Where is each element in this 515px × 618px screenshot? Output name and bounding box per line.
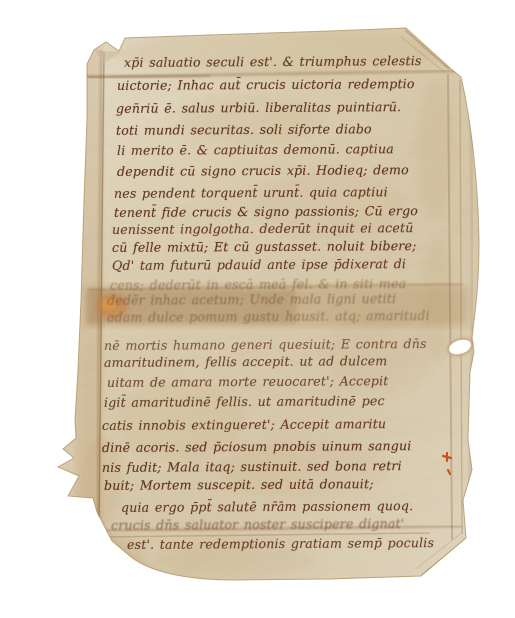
manuscript-line: cū felle mixtū; Et cū gustasset. noluit … [112, 240, 417, 254]
manuscript-line: uictorie; Inhac aut̄ crucis uictoria red… [117, 78, 415, 92]
manuscript-line: xp̄i saluatio seculi est'. & triumphus c… [124, 55, 422, 69]
manuscript-line: gen̄riū ē. salus urbiū. liberalitas puin… [116, 101, 401, 115]
manuscript-photo: xp̄i saluatio seculi est'. & triumphus c… [0, 0, 515, 618]
manuscript-line: adam dulce pomum gustu hausit. atq; amar… [107, 310, 430, 325]
manuscript-text: xp̄i saluatio seculi est'. & triumphus c… [0, 0, 515, 618]
manuscript-line: tenent̄ fide crucis & signo passionis; C… [114, 205, 418, 219]
manuscript-line: uenissent ingolgotha. dederūt inquit ei … [112, 222, 414, 236]
manuscript-line: uitam de amara morte reuocaret'; Accepit [107, 375, 389, 389]
manuscript-line: crucis dn̄s saluator noster suscipere di… [111, 518, 404, 532]
manuscript-line: quia ergo p̄pt̄ salutē nr̄ām passionem q… [121, 500, 413, 514]
manuscript-line: amaritudinem, fellis accepit. ut ad dulc… [104, 355, 387, 369]
manuscript-line: dinē acoris. sed p̄ciosum pnobis uinum s… [102, 440, 412, 454]
manuscript-line: dedēr inhac acetum; Unde mala ligni ueti… [107, 293, 396, 307]
manuscript-line: dependit cū signo crucis xp̄i. Hodieq; d… [117, 164, 409, 178]
manuscript-line: nis fudit; Mala itaq; sustinuit. sed bon… [102, 460, 402, 474]
manuscript-line: li merito ē. & captiuitas demonū. captiu… [117, 143, 394, 157]
manuscript-line: est'. tante redemptionis gratiam semp̄ p… [127, 537, 434, 551]
manuscript-line: nē mortis humano generi quesiuit; E cont… [104, 338, 427, 353]
manuscript-line: Qd' tam futurū pdauid ante ipse p̄dixera… [112, 258, 406, 272]
manuscript-line: igit̄ amaritudinē fellis. ut amaritudinē… [104, 395, 385, 409]
manuscript-line: catis innobis extingueret'; Accepit amar… [102, 418, 386, 432]
manuscript-line: toti mundi securitas. soli siforte diabo [116, 123, 372, 137]
manuscript-line: buit; Mortem suscepit. sed uitā donauit; [104, 478, 374, 492]
manuscript-line: nes pendent torquent̄ urunt̄. quia capti… [114, 186, 388, 200]
